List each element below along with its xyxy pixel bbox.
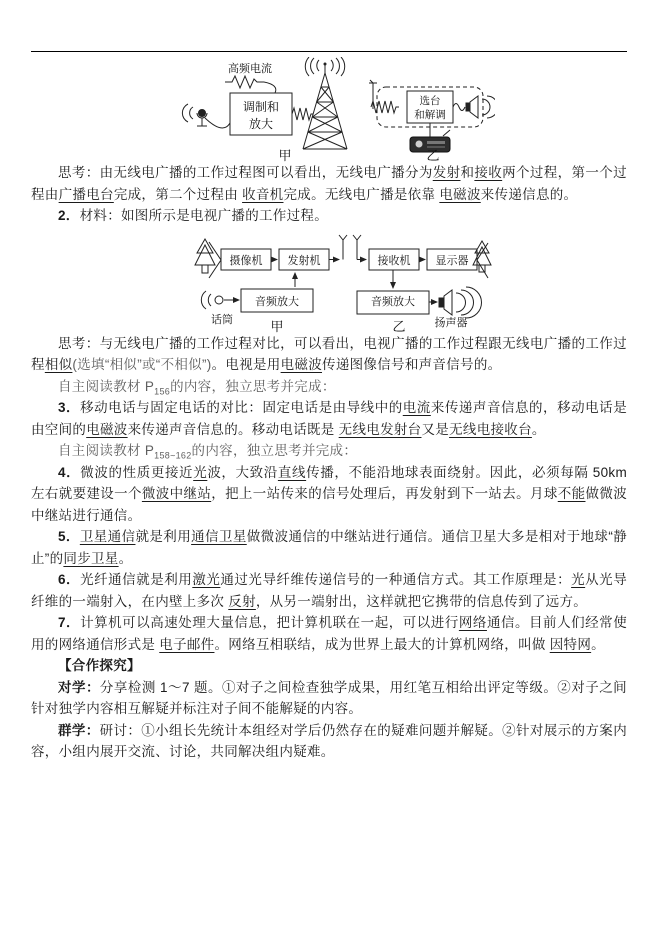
text-run: 。网络互相联结，成为世界上最大的计算机网络，叫做 bbox=[214, 637, 549, 652]
tune-box-label-2: 和解调 bbox=[414, 108, 446, 121]
answer-blank: 接收 bbox=[474, 165, 502, 180]
microphone-icon bbox=[201, 291, 223, 309]
tv-broadcast-diagram: 摄像机 发射机 音频放大 话筒 甲 接收机 显示器 音频放大 扬声器 乙 bbox=[189, 233, 494, 333]
display-box-label: 显示器 bbox=[436, 254, 469, 267]
answer-blank: 相似 bbox=[45, 357, 73, 372]
answer-blank: 电流 bbox=[403, 400, 431, 415]
answer-blank: 激光 bbox=[192, 572, 220, 587]
answer-blank: 光 bbox=[571, 572, 585, 587]
audio-wave bbox=[453, 104, 465, 111]
text-run: 微波的性质更接近 bbox=[80, 465, 193, 480]
worksheet-page: 高频电流 调制和 放大 选台 和解调 甲 乙 思考：由无线电广播的工作过程图可以… bbox=[0, 51, 658, 763]
text-run: 的内容，独立思考并完成： bbox=[170, 379, 336, 394]
text-run: 计算机可以高速处理大量信息，把计算机联在一起，可以进行 bbox=[80, 615, 459, 630]
text-run: 就是利用 bbox=[135, 529, 191, 544]
answer-blank: 广播电台 bbox=[59, 187, 114, 202]
section-number: 3． bbox=[58, 400, 80, 415]
paragraph-think-tv: 思考：与无线电广播的工作过程对比，可以看出，电视广播的工作过程跟无线电广播的工作… bbox=[31, 333, 627, 376]
answer-blank: 光 bbox=[193, 465, 207, 480]
radio-broadcast-figure: 高频电流 调制和 放大 选台 和解调 甲 乙 bbox=[175, 57, 495, 162]
paragraph-section-3: 3．移动电话与固定电话的对比：固定电话是由导线中的电流来传递声音信息的，移动电话… bbox=[31, 397, 627, 440]
text-run: 波，大致沿 bbox=[207, 465, 278, 480]
text-run: 材料：如图所示是电视广播的工作过程。 bbox=[80, 208, 328, 223]
answer-blank: 收音机 bbox=[242, 187, 283, 202]
receive-antenna-icon bbox=[353, 235, 361, 260]
figure1-caption-right: 乙 bbox=[426, 148, 439, 162]
mic-wire bbox=[205, 118, 230, 128]
text-run: 自主阅读教材 P bbox=[58, 443, 154, 458]
answer-blank: 不能 bbox=[558, 486, 586, 501]
paragraph-section-5: 5．卫星通信就是利用通信卫星做微波通信的中继站进行通信。通信卫星大多是相对于地球… bbox=[31, 526, 627, 569]
hf-current-label: 高频电流 bbox=[228, 61, 272, 75]
paragraph-read-instruction-2: 自主阅读教材 P158~162的内容，独立思考并完成： bbox=[31, 440, 627, 462]
radio-broadcast-diagram: 高频电流 调制和 放大 选台 和解调 甲 乙 bbox=[175, 57, 495, 162]
receiver-antenna-icon bbox=[369, 80, 377, 109]
text-run: 。 bbox=[532, 422, 546, 437]
figure1-caption-left: 甲 bbox=[278, 148, 291, 162]
text-run: 传递图像信号和声音信号的。 bbox=[322, 357, 501, 372]
section-number: 5． bbox=[58, 529, 80, 544]
paragraph-think-radio: 思考：由无线电广播的工作过程图可以看出，无线电广播分为发射和接收两个过程，第一个… bbox=[31, 162, 627, 205]
pair-study-label: 对学： bbox=[58, 680, 100, 695]
figure2-caption-right: 乙 bbox=[392, 319, 405, 333]
tune-box-label-1: 选台 bbox=[420, 94, 441, 107]
answer-blank: 同步卫星 bbox=[63, 551, 118, 566]
signal-zigzag bbox=[292, 108, 313, 120]
text-run: ，把上一站传来的信号处理后，再发射到下一站去。月球 bbox=[211, 486, 558, 501]
mic-label: 话筒 bbox=[211, 313, 233, 326]
paragraph-group-study: 群学：研讨：①小组长先统计本组经对学后仍然存在的疑难问题并解疑。②针对展示的方案… bbox=[31, 720, 627, 763]
paragraph-pair-study: 对学：分享检测 1～7 题。①对子之间检查独学成果，用红笔互相给出评定等级。②对… bbox=[31, 677, 627, 720]
speaker-label: 扬声器 bbox=[435, 315, 468, 329]
text-run: 。电视是用 bbox=[212, 357, 281, 372]
modulate-box-label-1: 调制和 bbox=[243, 99, 279, 114]
modulate-box-label-2: 放大 bbox=[249, 116, 273, 131]
page-subscript: 158~162 bbox=[154, 451, 191, 461]
text-run: 研讨：①小组长先统计本组经对学后仍然存在的疑难问题并解疑。②针对展示的方案内容，… bbox=[31, 723, 627, 760]
text-run: 又是 bbox=[421, 422, 449, 437]
text-run: 移动电话与固定电话的对比：固定电话是由导线中的 bbox=[80, 400, 403, 415]
answer-blank: 电磁波 bbox=[439, 187, 480, 202]
audio-amp-right-label: 音频放大 bbox=[371, 294, 415, 308]
answer-blank: 电子邮件 bbox=[159, 637, 214, 652]
text-run: 完成。无线电广播是依靠 bbox=[283, 187, 439, 202]
text-run: 来传递声音信息的。移动电话既是 bbox=[128, 422, 339, 437]
text-run: 通过光导纤维传递信号的一种通信方式。其工作原理是： bbox=[220, 572, 571, 587]
figure2-caption-left: 甲 bbox=[270, 319, 283, 333]
loudspeaker-icon bbox=[439, 287, 482, 318]
paragraph-read-instruction-1: 自主阅读教材 P156的内容，独立思考并完成： bbox=[31, 376, 627, 398]
text-run: 。 bbox=[591, 637, 605, 652]
section-number: 7． bbox=[58, 615, 80, 630]
top-rule-divider bbox=[31, 51, 627, 52]
answer-blank: 卫星通信 bbox=[80, 529, 136, 544]
section-number: 6． bbox=[58, 572, 80, 587]
paragraph-section-7: 7．计算机可以高速处理大量信息，把计算机联在一起，可以进行网络通信。目前人们经常… bbox=[31, 612, 627, 655]
transmission-tower-icon bbox=[303, 63, 347, 149]
audio-amp-left-label: 音频放大 bbox=[255, 294, 299, 308]
transmitter-box-label: 发射机 bbox=[288, 253, 321, 267]
page-subscript: 156 bbox=[154, 386, 170, 396]
group-study-label: 群学： bbox=[58, 723, 100, 738]
answer-blank: 电磁波 bbox=[86, 422, 127, 437]
section-number: 2． bbox=[58, 208, 80, 223]
heading-text: 【合作探究】 bbox=[58, 658, 141, 673]
paragraph-section-4: 4．微波的性质更接近光波，大致沿直线传播，不能沿地球表面绕射。因此，必须每隔 5… bbox=[31, 462, 627, 527]
received-signal-zigzag bbox=[371, 101, 399, 113]
scene-tree-icon bbox=[195, 239, 215, 273]
answer-blank: 电磁波 bbox=[281, 357, 322, 372]
text-run: 的内容，独立思考并完成： bbox=[192, 443, 358, 458]
text-run: 自主阅读教材 P bbox=[58, 379, 154, 394]
answer-blank: 网络 bbox=[459, 615, 487, 630]
camera-box-label: 摄像机 bbox=[230, 253, 263, 267]
text-run: 分享检测 1～7 题。①对子之间检查独学成果，用红笔互相给出评定等级。②对子之间… bbox=[31, 680, 627, 717]
paragraph-section-6: 6．光纤通信就是利用激光通过光导纤维传递信号的一种通信方式。其工作原理是：光从光… bbox=[31, 569, 627, 612]
text-run: 光纤通信就是利用 bbox=[80, 572, 192, 587]
answer-blank: 无线电发射台 bbox=[339, 422, 422, 437]
answer-blank: 微波中继站 bbox=[142, 486, 211, 501]
text-run: 和 bbox=[461, 165, 475, 180]
hint-text: (选填“相似”或“不相似”) bbox=[72, 357, 211, 372]
cooperative-inquiry-heading: 【合作探究】 bbox=[31, 655, 627, 677]
camera-view-cone bbox=[209, 242, 221, 278]
section-number: 4． bbox=[58, 465, 80, 480]
answer-blank: 无线电接收台 bbox=[449, 422, 532, 437]
text-run: 。 bbox=[119, 551, 133, 566]
microphone-icon bbox=[182, 104, 207, 126]
text-run: 思考：由无线电广播的工作过程图可以看出，无线电广播分为 bbox=[58, 165, 433, 180]
answer-blank: 反射 bbox=[228, 594, 256, 609]
receiver-box-label: 接收机 bbox=[378, 253, 411, 267]
answer-blank: 通信卫星 bbox=[191, 529, 247, 544]
transmit-antenna-icon bbox=[339, 235, 347, 260]
hf-current-symbol bbox=[225, 76, 276, 93]
tv-broadcast-figure: 摄像机 发射机 音频放大 话筒 甲 接收机 显示器 音频放大 扬声器 乙 bbox=[189, 233, 494, 333]
text-run: 完成，第二个过程由 bbox=[114, 187, 242, 202]
answer-blank: 发射 bbox=[433, 165, 461, 180]
text-run: 来传递信息的。 bbox=[481, 187, 578, 202]
paragraph-section-2: 2．材料：如图所示是电视广播的工作过程。 bbox=[31, 205, 627, 227]
text-run: ，从另一端射出，这样就把它携带的信息传到了远方。 bbox=[256, 594, 587, 609]
answer-blank: 因特网 bbox=[550, 637, 591, 652]
answer-blank: 直线 bbox=[278, 465, 306, 480]
speaker-icon bbox=[466, 96, 495, 118]
